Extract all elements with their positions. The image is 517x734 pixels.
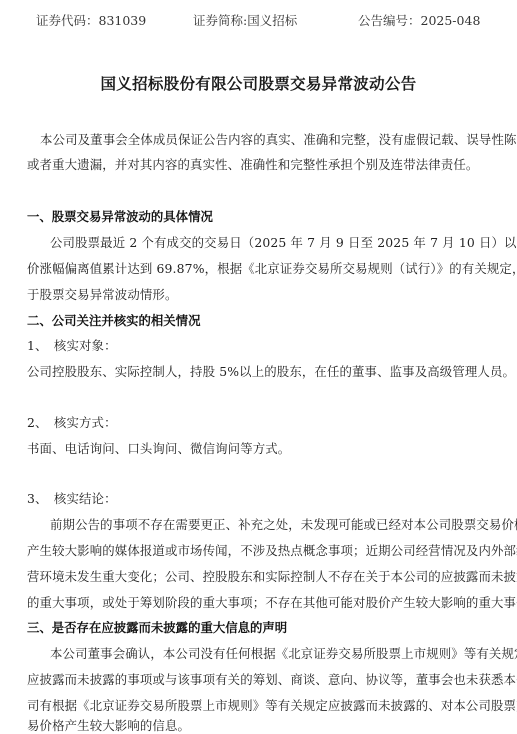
section-heading-1: 一、股票交易异常波动的具体情况 [27,207,213,225]
paragraph-line: 或者重大遗漏，并对其内容的真实性、准确性和完整性承担个别及连带法律责任。 [27,155,492,173]
paragraph-line: 易价格产生较大影响的信息。 [27,716,492,734]
security-code: 证券代码：831039 [36,11,146,29]
item-label: 2、 核实方式： [27,413,492,431]
paragraph-line: 公司股票最近 2 个有成交的交易日（2025 年 7 月 9 日至 2025 年… [50,233,492,251]
paragraph-line: 前期公告的事项不存在需要更正、补充之处，未发现可能或已经对本公司股票交易价格 [50,515,492,533]
paragraph-line: 营环境未发生重大变化；公司、控股股东和实际控制人不存在关于本公司的应披露而未披露 [27,567,492,585]
paragraph-line: 公司控股股东、实际控制人，持股 5%以上的股东，在任的董事、监事及高级管理人员。 [27,362,492,380]
page-title: 国义招标股份有限公司股票交易异常波动公告 [0,72,517,94]
security-short-name: 证券简称:国义招标 [193,11,297,29]
item-label: 1、 核实对象： [27,336,492,354]
item-label: 3、 核实结论： [27,489,492,507]
paragraph-line: 司有根据《北京证券交易所股票上市规则》等有关规定应披露而未披露的、对本公司股票交 [27,696,492,714]
paragraph-line: 本公司董事会确认，本公司没有任何根据《北京证券交易所股票上市规则》等有关规定 [50,644,492,662]
paragraph-line: 本公司及董事会全体成员保证公告内容的真实、准确和完整，没有虚假记载、误导性陈述 [40,130,492,148]
paragraph-line: 价涨幅偏离值累计达到 69.87%，根据《北京证券交易所交易规则（试行）》的有关… [27,259,492,277]
paragraph-line: 的重大事项，或处于筹划阶段的重大事项；不存在其他可能对股价产生较大影响的重大事件… [27,593,492,611]
paragraph-line: 书面、电话询问、口头询问、微信询问等方式。 [27,439,492,457]
paragraph-line: 于股票交易异常波动情形。 [27,285,492,303]
notice-number: 公告编号：2025-048 [358,11,480,29]
paragraph-line: 应披露而未披露的事项或与该事项有关的筹划、商谈、意向、协议等，董事会也未获悉本公 [27,670,492,688]
section-heading-3: 三、是否存在应披露而未披露的重大信息的声明 [27,618,287,636]
section-heading-2: 二、公司关注并核实的相关情况 [27,311,200,329]
paragraph-line: 产生较大影响的媒体报道或市场传闻，不涉及热点概念事项；近期公司经营情况及内外部经 [27,541,492,559]
